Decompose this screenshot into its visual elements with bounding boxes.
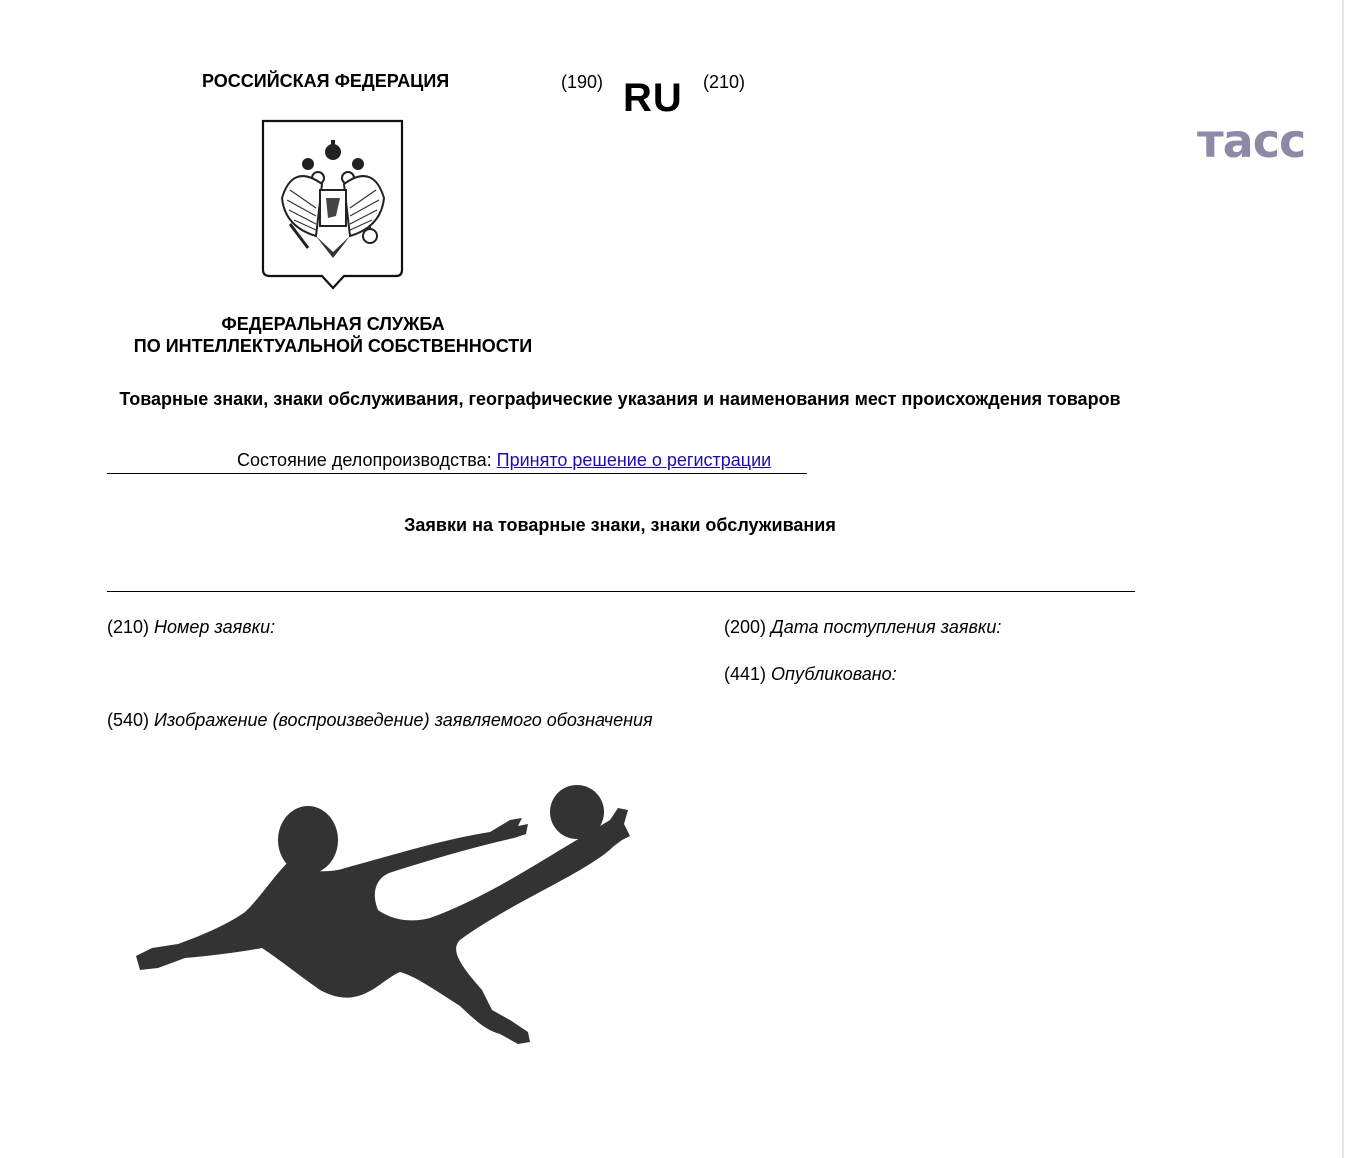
agency-line-1: ФЕДЕРАЛЬНАЯ СЛУЖБА xyxy=(100,313,566,335)
divider xyxy=(107,591,1135,592)
field-label: Изображение (воспроизведение) заявляемог… xyxy=(154,710,653,730)
agency-line-2: ПО ИНТЕЛЛЕКТУАЛЬНОЙ СОБСТВЕННОСТИ xyxy=(100,335,566,357)
field-label: Дата поступления заявки: xyxy=(771,617,1001,637)
tass-watermark-logo: тасс xyxy=(1197,114,1305,168)
field-code: (441) xyxy=(724,664,766,684)
field-published: (441) Опубликовано: xyxy=(724,664,897,685)
field-filing-date: (200) Дата поступления заявки: xyxy=(724,617,1001,638)
country-code: RU xyxy=(623,76,683,121)
agency-name: ФЕДЕРАЛЬНАЯ СЛУЖБА ПО ИНТЕЛЛЕКТУАЛЬНОЙ С… xyxy=(100,313,566,357)
code-190: (190) xyxy=(561,72,603,93)
field-label: Опубликовано: xyxy=(771,664,897,684)
page-edge xyxy=(1342,0,1344,1158)
country-heading: РОССИЙСКАЯ ФЕДЕРАЦИЯ xyxy=(202,71,449,92)
section-title: Товарные знаки, знаки обслуживания, геог… xyxy=(110,388,1130,410)
field-code: (200) xyxy=(724,617,766,637)
field-code: (540) xyxy=(107,710,149,730)
football-player-silhouette-icon xyxy=(130,780,650,1080)
applications-title: Заявки на товарные знаки, знаки обслужив… xyxy=(110,515,1130,536)
coat-of-arms-icon xyxy=(260,118,406,292)
field-mark-image: (540) Изображение (воспроизведение) заяв… xyxy=(107,710,653,731)
status-link[interactable]: Принято решение о регистрации xyxy=(497,450,772,470)
field-label: Номер заявки: xyxy=(154,617,275,637)
field-application-number: (210) Номер заявки: xyxy=(107,617,275,638)
field-code: (210) xyxy=(107,617,149,637)
status-label: Состояние делопроизводства: xyxy=(237,450,492,470)
code-210: (210) xyxy=(703,72,745,93)
status-row: Состояние делопроизводства: Принято реше… xyxy=(107,450,807,474)
